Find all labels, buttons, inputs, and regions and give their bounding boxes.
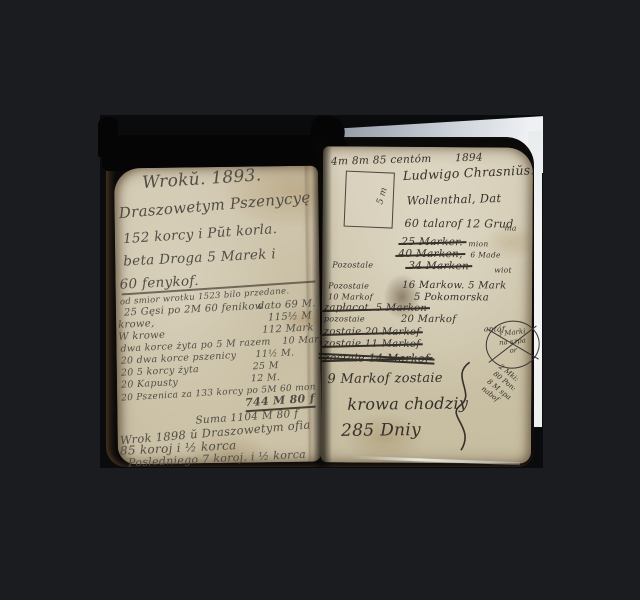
row-label: 60 talarof 12 Grud xyxy=(405,217,514,231)
row-value: 11½ M. xyxy=(255,347,294,360)
row-label: 20 Markof xyxy=(401,314,456,325)
row-note: 6 Made xyxy=(470,250,500,259)
row-label: krowe, xyxy=(118,318,155,331)
intro-line: beta Droga 5 Marek i xyxy=(123,246,276,269)
screenshot-stage: Wrokŭ. 1893. Draszowetym Pszenycyę 152 k… xyxy=(0,0,640,600)
row-label: zostaie 14 Markof xyxy=(324,351,430,365)
closing-text: 285 Dniy xyxy=(341,420,421,441)
subtitle: Wollenthal, Dat xyxy=(407,191,502,208)
closing-line: krowa chodziy xyxy=(321,393,531,414)
row-label: 5 Pokomorska xyxy=(414,292,489,304)
row-note: mion xyxy=(468,239,488,248)
intro-line: 152 korcy i Pŭt korla. xyxy=(123,221,278,247)
row-label: zapłacot. 5 Marken xyxy=(324,302,427,314)
row-label: 20 Kapusty xyxy=(121,377,179,391)
closing-text: krowa chodziy xyxy=(347,394,468,414)
row-label: 40 Marken, xyxy=(398,248,462,260)
left-page: Wrokŭ. 1893. Draszowetym Pszenycyę 152 k… xyxy=(114,166,322,465)
row-label: W krowe xyxy=(118,330,165,343)
closing-line: 285 Dniy xyxy=(321,419,531,441)
row-note: wiot xyxy=(494,265,512,274)
page-gutter xyxy=(312,143,332,467)
notebook-photo: Wrokŭ. 1893. Draszowetym Pszenycyę 152 k… xyxy=(100,115,543,468)
handwritten-line: 152 korcy i Pŭt korla. xyxy=(115,218,320,247)
header-year: 1894 xyxy=(455,151,483,164)
row-margin: Pozostaie xyxy=(328,281,369,290)
intro-line: Draszowetym Pszenycyę xyxy=(118,188,311,222)
account-row: 60 talarof 12 Grud ma xyxy=(323,216,533,230)
account-row: Pozostale 34 Marken wiot xyxy=(322,259,532,272)
row-label: zostaie 11 Markof xyxy=(324,338,421,350)
row-label: 25 Marker. xyxy=(401,236,463,248)
page-title: Wrokŭ. 1893. xyxy=(142,165,262,193)
row-label: zostaie 20 Markof xyxy=(324,326,421,338)
row-label: 16 Markow. 5 Mark xyxy=(402,280,506,292)
cover-shadow-bump-left xyxy=(98,117,118,157)
row-label: 34 Marken xyxy=(408,260,469,272)
row-value: 115½ M xyxy=(268,310,312,323)
row-margin: 10 Markof xyxy=(328,292,373,301)
row-value: 25 M xyxy=(252,360,279,372)
row-value: 12 M. xyxy=(251,372,281,384)
header-measure: 4m 8m 85 centóm xyxy=(331,153,432,168)
handwritten-line: beta Droga 5 Marek i xyxy=(115,244,320,270)
result-text: 9 Markof zostaie xyxy=(327,371,442,387)
person-name: Ludwigo Chrasniŭs. xyxy=(403,162,535,183)
row-margin: Pozostale xyxy=(332,260,373,269)
page-title-line: Wrokŭ. 1893. xyxy=(114,168,318,191)
row-note: ma xyxy=(505,224,517,233)
account-row: Pozostaie 16 Markow. 5 Mark xyxy=(322,279,532,291)
right-page: 4m 8m 85 centóm 1894 5 m Ludwigo Chrasni… xyxy=(321,146,533,463)
